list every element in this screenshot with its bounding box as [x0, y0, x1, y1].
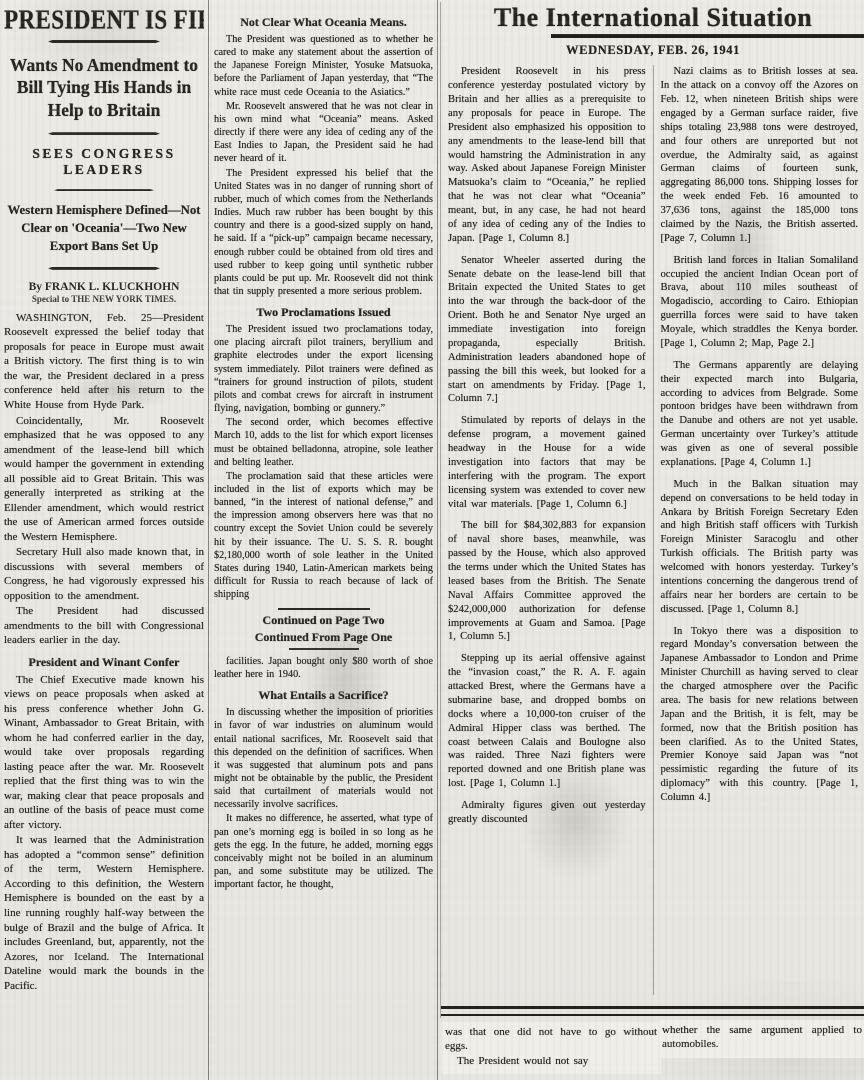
deck-summary: Western Hemisphere Defined—Not Clear on … [5, 202, 203, 256]
paragraph: The President expressed his belief that … [214, 167, 433, 299]
paragraph: The proclamation said that these article… [214, 470, 433, 602]
paragraph: The Chief Executive made known his views… [4, 673, 204, 833]
continued-rule [289, 648, 359, 650]
intl-right-column: Nazi claims as to British losses at sea.… [653, 65, 864, 995]
summary-item: The Germans apparently are delaying thei… [661, 359, 859, 470]
paragraph: It was learned that the Administration h… [4, 833, 204, 993]
paragraph: The President had discussed amendments t… [4, 604, 204, 648]
fragment-line: The President would not say [445, 1054, 657, 1068]
fragment-line: whether the same argument applied to aut… [662, 1023, 862, 1052]
summary-item: British land forces in Italian Somalilan… [661, 254, 859, 351]
summary-item: Stepping up its aerial offensive against… [448, 652, 646, 791]
column-divider [208, 0, 209, 1080]
intl-title-rule [551, 34, 864, 38]
continued-from-notice: Continued From Page One [214, 630, 433, 645]
intl-bottom-rule [441, 1006, 864, 1016]
crosshead-oceania: Not Clear What Oceania Means. [214, 15, 433, 30]
sub-headline: Wants No Amendment to Bill Tying His Han… [4, 54, 204, 121]
paragraph: The President was questioned as to wheth… [214, 33, 433, 99]
crosshead-sacrifice: What Entails a Sacrifice? [214, 688, 433, 703]
paragraph: facilities. Japan bought only $80 worth … [214, 655, 433, 681]
newspaper-scan-page: PRESIDENT IS FIRM Wants No Amendment to … [0, 0, 864, 1080]
paragraph: In discussing whether the imposition of … [214, 706, 433, 811]
summary-item: Senator Wheeler asserted during the Sena… [448, 254, 646, 407]
continued-on-notice: Continued on Page Two [214, 613, 433, 628]
summary-item: Nazi claims as to British losses at sea.… [661, 65, 859, 245]
article-continuation-column: Not Clear What Oceania Means. The Presid… [214, 0, 433, 1080]
summary-item: Stimulated by reports of delays in the d… [448, 414, 646, 511]
deck-rule [48, 267, 160, 270]
crosshead-proclamations: Two Proclamations Issued [214, 305, 433, 320]
article-body-col2: Not Clear What Oceania Means. The Presid… [214, 15, 433, 891]
bottom-right-fragment: whether the same argument applied to aut… [658, 1020, 864, 1058]
intl-columns: President Roosevelt in his press confere… [441, 65, 864, 995]
paragraph: The second order, which becomes effectiv… [214, 416, 433, 469]
byline-credit: Special to THE NEW YORK TIMES. [4, 294, 204, 304]
paragraph: Secretary Hull also made known that, in … [4, 545, 204, 603]
international-situation-box: The International Situation WEDNESDAY, F… [440, 2, 864, 1018]
kicker-rule [54, 189, 154, 191]
paragraph: WASHINGTON, Feb. 25—President Roosevelt … [4, 311, 204, 413]
article-president-is-firm: PRESIDENT IS FIRM Wants No Amendment to … [4, 0, 204, 1080]
paragraph: The President issued two proclamations t… [214, 323, 433, 415]
summary-item: In Tokyo there was a disposition to rega… [661, 625, 859, 805]
kicker-line: SEES CONGRESS LEADERS [4, 146, 204, 178]
paragraph: Coincidentally, Mr. Roosevelt emphasized… [4, 414, 204, 545]
byline: By FRANK L. KLUCKHOHN [4, 281, 204, 293]
intl-left-column: President Roosevelt in his press confere… [441, 65, 653, 995]
article-body-col1: WASHINGTON, Feb. 25—President Roosevelt … [4, 311, 204, 993]
subhead-rule [48, 132, 160, 135]
summary-item: Much in the Balkan situation may depend … [661, 478, 859, 617]
headline-rule [48, 40, 160, 43]
paragraph: Mr. Roosevelt answered that he was not c… [214, 100, 433, 166]
fragment-line: was that one did not have to go without … [445, 1025, 657, 1054]
column-divider [437, 0, 438, 1080]
main-headline: PRESIDENT IS FIRM [4, 6, 204, 33]
intl-title: The International Situation [447, 4, 859, 31]
intl-dateline: WEDNESDAY, FEB. 26, 1941 [441, 43, 864, 58]
crosshead-winant-confer: President and Winant Confer [4, 655, 204, 670]
summary-item: Admiralty figures given out yesterday gr… [448, 799, 646, 827]
paragraph: It makes no difference, he asserted, wha… [214, 812, 433, 891]
summary-item: The bill for $84,302,883 for expansion o… [448, 519, 646, 644]
end-of-column-rule [278, 608, 370, 610]
bottom-left-fragment: was that one did not have to go without … [441, 1022, 661, 1074]
summary-item: President Roosevelt in his press confere… [448, 65, 646, 245]
